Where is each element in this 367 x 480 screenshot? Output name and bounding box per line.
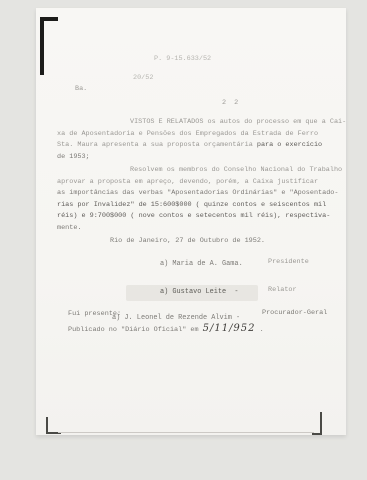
paragraph1-line3-emphasis: para o exercício xyxy=(257,141,322,149)
paragraph2-line5: réis) e 9:700$000 ( nove contos e setece… xyxy=(57,211,323,223)
page-number: 2 2 xyxy=(222,99,240,107)
publication-date-handwritten: 5/11/952 xyxy=(203,323,256,334)
publication-text: Publicado no "Diário Oficial" em xyxy=(68,326,203,334)
signature-2-role: Relator xyxy=(268,286,297,294)
paragraph2-line4: rias por Invalidez" de 15:600$000 ( quin… xyxy=(57,200,323,212)
signature-1-role: Presidente xyxy=(268,258,309,266)
paragraph2-line6: mente. xyxy=(57,223,323,235)
top-left-corner-mark xyxy=(40,17,58,75)
publication-period: . xyxy=(256,326,264,334)
paragraph1-line4: de 1953; xyxy=(57,152,323,164)
presence-name: a) J. Leonel de Rezende Alvim - xyxy=(112,314,240,322)
dateline: Rio de Janeiro, 27 de Outubro de 1952. xyxy=(110,237,265,245)
body-paragraph-1: VISTOS E RELATADOS os autos do processo … xyxy=(57,117,323,163)
corner-mark-vertical xyxy=(40,17,44,75)
signature-1-name: a) Maria de A. Gama. xyxy=(160,260,243,268)
paragraph2-line1: Resolvem os membros do Conselho Nacional… xyxy=(57,165,323,177)
corner-mark-horizontal xyxy=(40,17,58,21)
margin-note: Ba. xyxy=(75,85,87,93)
publication-line: Publicado no "Diário Oficial" em 5/11/95… xyxy=(68,323,264,334)
document-page: P. 9-15.633/52 20/52 Ba. 2 2 VISTOS E RE… xyxy=(36,8,346,435)
paragraph1-line3: Sta. Maura apresenta a sua proposta orça… xyxy=(57,140,323,152)
paragraph2-line3: as importâncias das verbas "Aposentadori… xyxy=(57,188,323,200)
paragraph1-line1: VISTOS E RELATADOS os autos do processo … xyxy=(57,117,323,129)
paragraph2-line2: aprovar a proposta em apreço, devendo, p… xyxy=(57,177,323,189)
process-number: P. 9-15.633/52 xyxy=(154,55,211,63)
presence-role: Procurador-Geral xyxy=(262,309,327,317)
page-bottom-edge xyxy=(58,432,314,433)
docket-number: 20/52 xyxy=(133,74,153,82)
document-photo: P. 9-15.633/52 20/52 Ba. 2 2 VISTOS E RE… xyxy=(0,0,367,480)
paragraph1-line2: xa de Aposentadoria e Pensões dos Empreg… xyxy=(57,129,323,141)
signature-2-name: a) Gustavo Leite - xyxy=(160,288,239,296)
paragraph1-line3-normal: Sta. Maura apresenta a sua proposta orça… xyxy=(57,141,257,149)
body-paragraph-2: Resolvem os membros do Conselho Nacional… xyxy=(57,165,323,235)
